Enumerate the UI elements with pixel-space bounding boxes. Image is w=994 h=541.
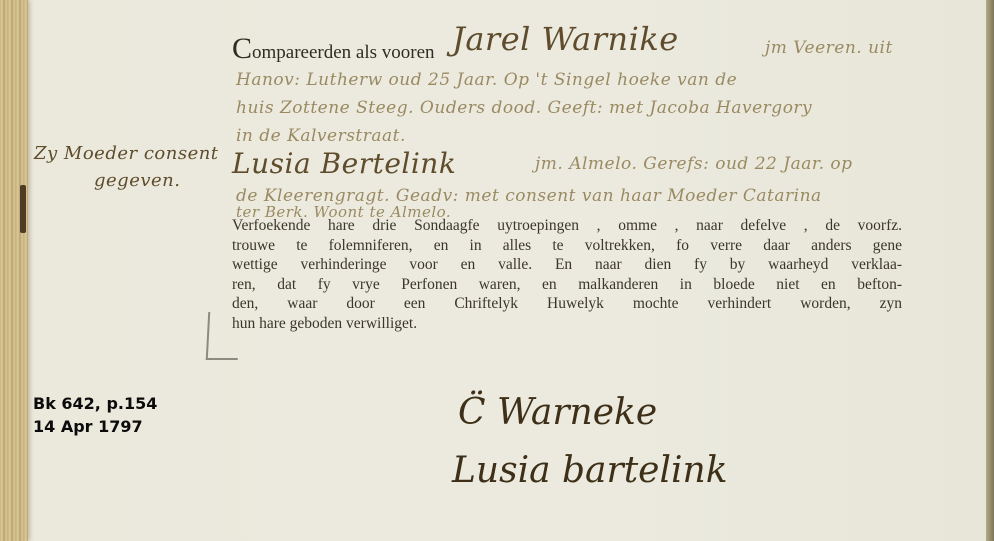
bride-line-1-tail: jm. Almelo. Gerefs: oud 22 Jaar. op	[535, 154, 853, 174]
printed-line: den, waar door een Chriftelyk Huwelyk mo…	[232, 294, 902, 314]
page-right-edge	[986, 0, 994, 541]
book-page-reference: Bk 642, p.154	[33, 392, 157, 415]
printed-line: hun hare geboden verwilliget.	[232, 314, 902, 334]
bride-name: Lusia Bertelink	[232, 147, 456, 180]
record-date: 14 Apr 1797	[33, 415, 157, 438]
reference-label: Bk 642, p.154 14 Apr 1797	[33, 392, 157, 438]
printed-line: wettige verhinderinge voor en valle. En …	[232, 255, 902, 275]
groom-line-2: Hanov: Lutherw oud 25 Jaar. Op 't Singel…	[236, 70, 737, 90]
book-binding-edge	[0, 0, 28, 541]
heading-drop-capital: C	[232, 32, 252, 65]
groom-line-1-tail: jm Veeren. uit	[765, 38, 893, 58]
binding-ink-mark	[20, 185, 26, 233]
printed-line: ren, dat fy vrye Perfonen waren, en malk…	[232, 275, 902, 295]
pencil-bracket-mark	[206, 312, 241, 360]
printed-heading: Compareerden als vooren	[232, 32, 435, 66]
margin-note-line-2: gegeven.	[94, 170, 181, 191]
groom-line-3: huis Zottene Steeg. Ouders dood. Geeft: …	[236, 98, 812, 118]
printed-line: trouwe te folemniferen, en in alles te v…	[232, 236, 902, 256]
bride-signature: Lusia bartelink	[452, 450, 728, 491]
groom-name: Jarel Warnike	[452, 20, 679, 58]
heading-text: ompareerden als vooren	[252, 42, 435, 63]
margin-note-line-1: Zy Moeder consent	[34, 143, 219, 164]
printed-line: Verfoekende hare drie Sondaagfe uytroepi…	[232, 216, 902, 236]
printed-body-text: Verfoekende hare drie Sondaagfe uytroepi…	[232, 216, 902, 333]
scanned-register-page: Compareerden als vooren Jarel Warnike jm…	[0, 0, 994, 541]
groom-line-4: in de Kalverstraat.	[236, 126, 406, 146]
groom-signature: C̈ Warneke	[458, 392, 657, 433]
